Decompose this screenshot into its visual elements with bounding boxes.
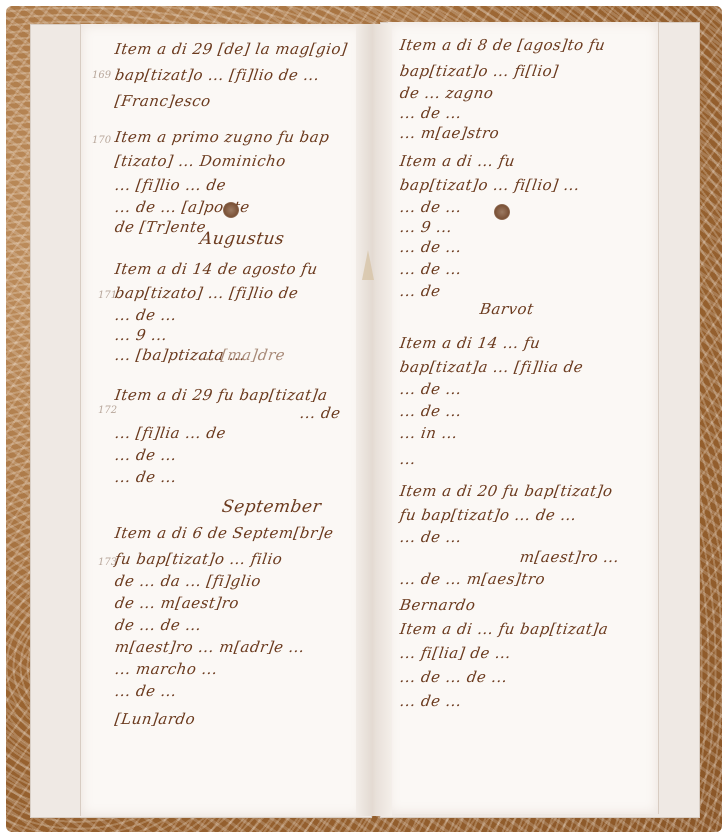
book-gutter — [356, 24, 392, 816]
margin-number: 170 — [92, 135, 111, 146]
ink-line: [Franc]esco — [113, 88, 212, 114]
ink-line: ... de ... — [398, 688, 463, 714]
ink-blot — [494, 204, 510, 220]
ink-line: Item a di 14 de agosto fu — [113, 256, 319, 282]
ink-line: Item a di 14 ... fu — [398, 330, 542, 356]
ink-line: Item a di 29 fu bap[tizat]a — [113, 382, 329, 408]
ink-line: ... fi[lia] de ... — [398, 640, 513, 666]
ink-line: ... de ... — [113, 678, 178, 704]
ink-line: Barvot — [478, 296, 535, 322]
ink-line: ... m[ae]stro — [398, 120, 501, 146]
ink-line: Item a di ... fu — [398, 148, 517, 174]
ink-line: Item a di 6 de Septem[br]e — [113, 520, 335, 546]
margin-number: 169 — [92, 70, 111, 81]
ink-line: ... de ... de ... — [398, 664, 509, 690]
ink-line: ... de ... — [398, 524, 463, 550]
ink-line: ... de — [398, 278, 442, 304]
ink-line: [Lun]ardo — [113, 706, 197, 732]
ink-line: ... de ... — [113, 464, 178, 490]
ink-line: ... [ma]dre — [198, 342, 287, 368]
ink-line: ... de — [298, 400, 342, 426]
ink-blot — [223, 202, 239, 218]
ink-line: ... in ... — [398, 420, 459, 446]
ink-line: [tizato] ... Dominicho — [113, 148, 288, 174]
ink-line: Item a di 29 [de] la mag[gio] — [113, 36, 349, 62]
ink-line: Item a di 8 de [agos]to fu — [398, 32, 607, 58]
month-heading-september: September — [220, 494, 323, 520]
month-heading-augustus: Augustus — [198, 226, 286, 252]
ink-line: de [Tr]ente — [113, 214, 208, 240]
ink-line: Item a di 20 fu bap[tizat]o — [398, 478, 614, 504]
ink-line: bap[tizat]o ... [fi]lio de ... — [113, 62, 321, 88]
ink-line: Item a di ... fu bap[tizat]a — [398, 616, 610, 642]
ink-line: ... de ... m[aes]tro — [398, 566, 547, 592]
ink-line: Bernardo — [398, 592, 477, 618]
ink-line: Item a primo zugno fu bap — [113, 124, 331, 150]
